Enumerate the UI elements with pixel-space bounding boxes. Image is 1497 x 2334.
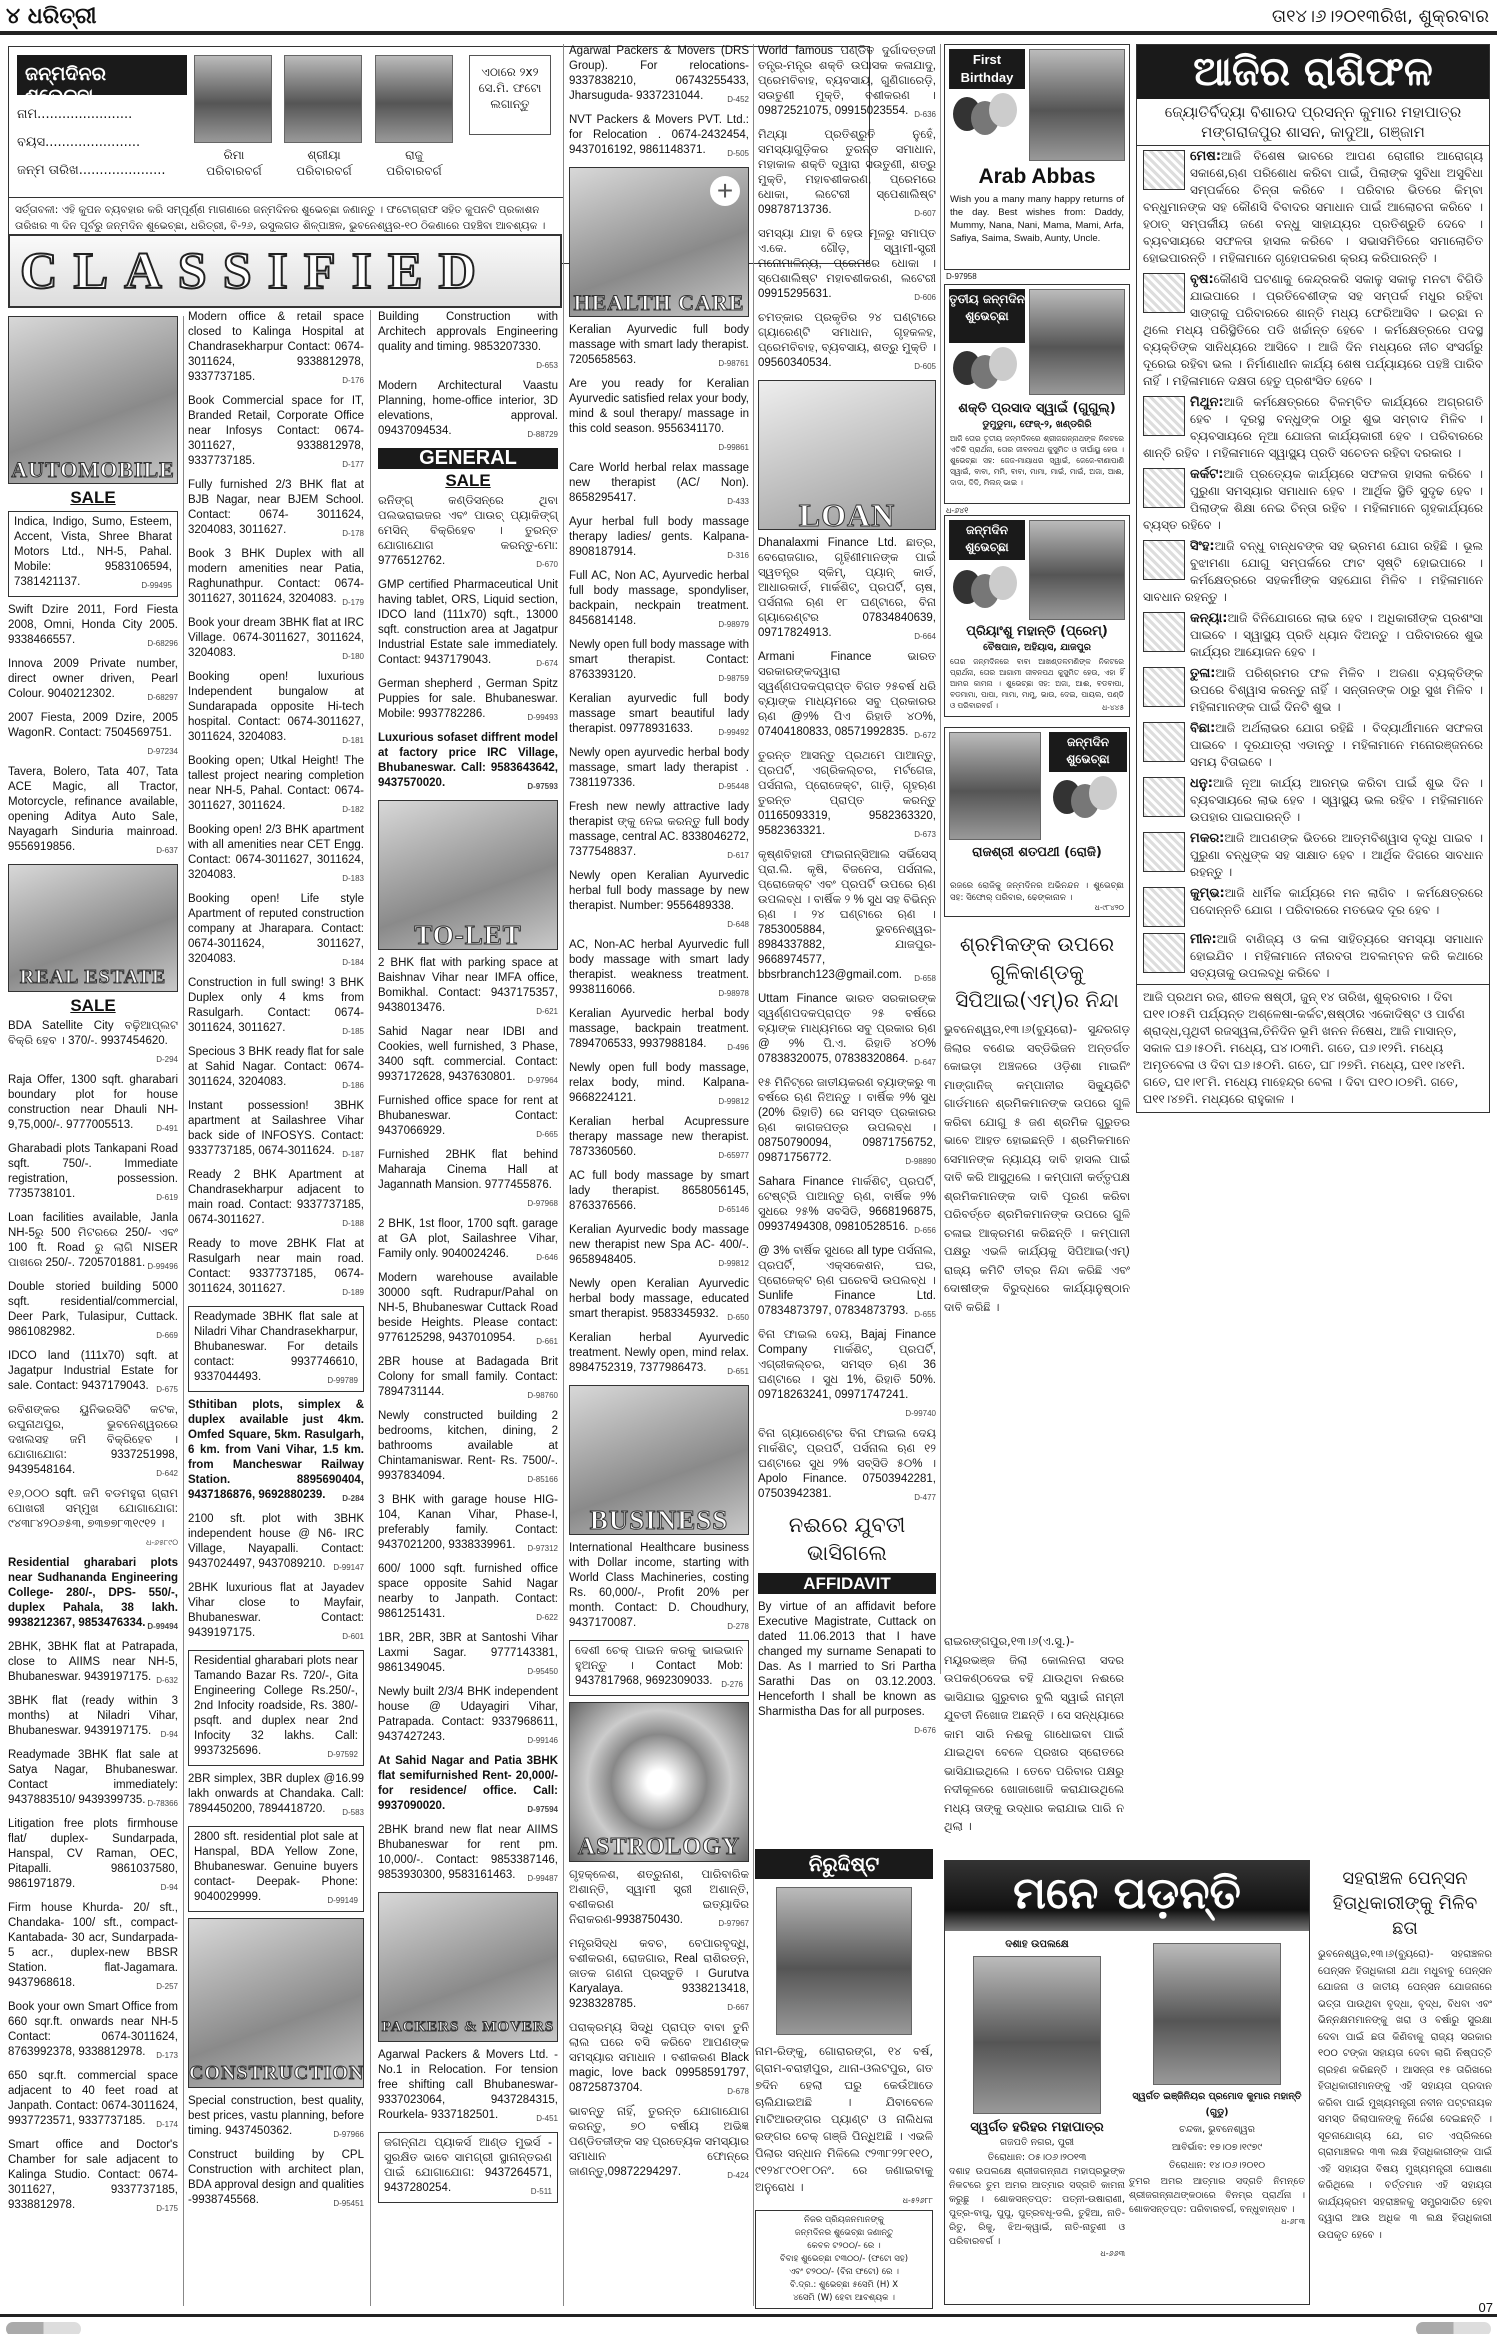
classified-ad: Keralian Ayurvedic body massage new ther…: [569, 1223, 749, 1271]
horoscope-sign: ବିଛା:ଆଜି ଅର୍ଥଲାଭର ଯୋଗ ରହିଛି । ବିଦ୍ୟାର୍ଥୀ…: [1137, 718, 1489, 773]
horoscope-sign: ଧନୁ:ଆଜି ନୂଆ କାର୍ଯ୍ୟ ଆରମ୍ଭ କରିବା ପାଇଁ ଶୁଭ…: [1137, 773, 1489, 828]
ad-code: D-97592: [327, 1747, 358, 1762]
ad-code: D-496: [727, 1040, 749, 1055]
ad-code: D-99487: [527, 1871, 558, 1886]
balloons-icon: [1053, 776, 1123, 836]
greeting-birthday-rajashree: ଜନ୍ମଦିନ ଶୁଭେଚ୍ଛା ରାଜଶ୍ରୀ ଶତପଥୀ (ରୋଜି) ରଜ…: [944, 727, 1130, 917]
classified-ad: Newly open Keralian Ayurvedic herbal ful…: [569, 869, 749, 932]
ad-code: D-316: [727, 548, 749, 563]
news-headline: ସହରାଞ୍ଚଳ ପେନ୍‌ସନ ହିତାଧିକାରୀଙ୍କୁ ମିଳିବ ଛତ…: [1318, 1866, 1492, 1941]
ad-code: D-505: [727, 146, 749, 161]
ad-code: D-607: [914, 206, 936, 221]
ad-code: D-674: [536, 656, 558, 671]
classified-ad: ଚମତ୍କାର ପ୍ରକୃତିର ୨୪ ଘଣ୍ଟାରେ ଗ୍ୟାରେଣ୍ଟି ସ…: [758, 311, 936, 374]
ad-code: D-99812: [718, 1094, 749, 1109]
classified-ad: Smart office and Doctor's Chamber for sa…: [8, 2138, 178, 2216]
horoscope-sign: ମିଥୁନ:ଆଜି କର୍ମକ୍ଷେତ୍ରରେ ବିଳମ୍ବିତ କାର୍ଯ୍ୟ…: [1137, 392, 1489, 464]
classified-ad: Book your own Smart Office from 660 sqr.…: [8, 2000, 178, 2063]
classified-ad: AC, Non-AC herbal Ayurvedic full body ma…: [569, 938, 749, 1001]
classified-ad: 1BR, 2BR, 3BR at Santoshi Vihar Laxmi Sa…: [378, 1631, 558, 1679]
missing-text: ନାମ-ରିଙ୍କୁ, ଗୋରାରଙ୍ଗ, ୧୪ ବର୍ଷ, ଗ୍ରାମ-ବରା…: [755, 2043, 933, 2196]
rate-line: ଏବଂ ଟ୨୦୦/- (ବିନା ଫଟୋ) ରେ ।: [759, 2266, 929, 2279]
classified-ad: Gharabadi plots Tankapani Road sqft. 750…: [8, 1142, 178, 1205]
ad-code: D-632: [156, 1673, 178, 1688]
greeting-code: ଧ-୪୪୫: [1102, 703, 1124, 713]
ad-code: D-95450: [527, 1664, 558, 1679]
classified-ad: 2BR house at Badagada Brit Colony for sm…: [378, 1355, 558, 1403]
classified-ad: Furnished office space for rent at Bhuba…: [378, 1094, 558, 1142]
ad-code: D-99149: [327, 1893, 358, 1908]
page-label: ୪ ଧରିତ୍ରୀ: [6, 4, 97, 29]
ad-code: D-667: [727, 2000, 749, 2015]
ad-code: D-181: [342, 733, 364, 748]
classified-ad: Readymade 3BHK flat sale at Niladri Viha…: [188, 1306, 364, 1392]
classified-ad: Tavera, Bolero, Tata 407, Tata ACE Magic…: [8, 765, 178, 858]
classified-ad: Modern Architectural Vaastu Planning, ho…: [378, 379, 558, 442]
affidavit-ad: By virtue of an affidavit before Executi…: [758, 1600, 936, 1738]
horoscope-title: ଆଜିର ରାଶିଫଳ: [1137, 45, 1489, 99]
classified-ad: 2800 sft. residential plot sale at Hansp…: [188, 1826, 364, 1912]
ad-code: D-174: [156, 2117, 178, 2132]
ad-code: D-650: [727, 1310, 749, 1325]
child-photo: [1029, 520, 1125, 620]
ad-code: D-183: [342, 871, 364, 886]
coupon-terms: ସର୍ତ୍ତାବଳୀ: ଏହି କୁପନ ବ୍ୟବହାର କରି ସମ୍ପୂର୍…: [9, 197, 563, 238]
ad-code: D-477: [914, 1490, 936, 1505]
zodiac-icon: [1143, 667, 1185, 707]
coupon-title: ଜନ୍ମଦିନର ଶୁଭେଚ୍ଛା: [17, 55, 187, 95]
classified-ad: 650 sqr.ft. commercial space adjacent to…: [8, 2069, 178, 2132]
classified-ad: Modern warehouse available 30000 sqft. R…: [378, 1271, 558, 1349]
missing-photo: [776, 1887, 912, 2035]
classified-ad: GMP certified Pharmaceutical Unit having…: [378, 578, 558, 671]
classified-ad: Keralian Ayurvedic full body massage wit…: [569, 323, 749, 371]
horoscope-sign: କର୍କଟ:ଆଜି ପ୍ରତ୍ୟେକ କାର୍ଯ୍ୟରେ ସଫଳତା ହାସଲ …: [1137, 464, 1489, 536]
ad-code: D-278: [727, 1619, 749, 1634]
loan-image: LOAN: [758, 380, 936, 530]
ad-code: D-97594: [527, 1802, 558, 1817]
ad-code: D-653: [536, 358, 558, 373]
obituary-right: ସ୍ୱର୍ଗତ ଇଞ୍ଜିନିୟର ପ୍ରମୋଦ କୁମାର ମହାନ୍ତି (…: [1129, 1939, 1305, 2227]
ad-code: D-99494: [147, 1619, 178, 1634]
ad-code: D-97234: [147, 744, 178, 759]
ad-code: D-98890: [905, 1154, 936, 1169]
construction-image: CONSTRUCTION: [188, 1918, 364, 2088]
ad-code: D-647: [914, 1055, 936, 1070]
column-divider: [183, 316, 184, 2306]
ad-code: D-173: [156, 2048, 178, 2063]
classified-ad: Double storied building 5000 sqft. resid…: [8, 1280, 178, 1343]
classified-ad: ବିନା ଗ୍ୟାରେଣ୍ଟର ବିନା ଫାଇଲ ଦେୟ ମାର୍କଶିଟ୍,…: [758, 1427, 936, 1505]
ad-code: D-175: [156, 2201, 178, 2216]
name-field[interactable]: ନାମ.......................: [17, 107, 132, 122]
ad-code: D-636: [914, 107, 936, 122]
classified-ad: Keralian ayurvedic full body massage sma…: [569, 692, 749, 740]
ad-code: D-99147: [333, 1560, 364, 1575]
page-header: ୪ ଧରିତ୍ରୀ ତା୧୪।୬।୨୦୧୩ରିଖ, ଶୁକ୍ରବାର: [0, 0, 1497, 40]
ad-code: D-424: [727, 2168, 749, 2183]
greeting-third-birthday: ତୃତୀୟ ଜନ୍ମଦିନ ଶୁଭେଚ୍ଛା ଶକ୍ତି ପ୍ରସାଦ ସ୍ୱା…: [944, 284, 1130, 504]
classified-ad: ୧୫ ମିନିଟ୍‌ରେ ଜାତୀୟକରଣ ବ୍ୟାଙ୍କରୁ ୩ ବର୍ଷରେ…: [758, 1076, 936, 1169]
ad-code: ଧ-୬୫୮୯୦: [146, 1535, 178, 1550]
ad-code: D-177: [342, 457, 364, 472]
zodiac-icon: [1143, 933, 1185, 973]
classified-ad: ମନ୍ତ୍ରସିଦ୍ଧ କବଚ, ବେପାରବୃଦ୍ଧି, ବଶୀକରଣ, ରୋ…: [569, 1937, 749, 2015]
zodiac-icon: [1143, 612, 1185, 652]
column-astro-loan: World famous ପଣ୍ଡିତ ଦୁର୍ଗାଦତ୍ତଜୀ ତନ୍ତ୍ର-…: [758, 44, 936, 1744]
classified-ad: ତୁରନ୍ତ ଆସନ୍ତୁ ପ୍ରଥମେ ପାଆନ୍ତୁ, ପ୍ରପର୍ଟି, …: [758, 749, 936, 842]
ad-code: D-451: [536, 2111, 558, 2126]
ad-code: D-176: [342, 373, 364, 388]
ad-code: D-97968: [527, 1196, 558, 1211]
zodiac-icon: [1143, 468, 1185, 508]
ad-code: D-294: [156, 1052, 178, 1067]
ad-code: D-664: [914, 629, 936, 644]
zodiac-icon: [1143, 540, 1185, 580]
classified-ad: Sahara Finance ମାର୍କଶିଟ୍, ପ୍ରପର୍ଟି, ଟେଷ୍…: [758, 1175, 936, 1238]
greeting-rates: ନିଜର ପ୍ରିୟଜନମାନଙ୍କୁଜନ୍ମଦିନର ଶୁଭେଚ୍ଛା ଜଣା…: [755, 2210, 933, 2309]
child-photo: [1029, 289, 1125, 395]
classified-ad: IDCO land (111x70) sqft. at Jagatpur Ind…: [8, 1349, 178, 1397]
caption-raju: ରାଜୁପରିବାରବର୍ଗ: [369, 147, 459, 179]
classified-ad: German shepherd , German Spitz Puppies f…: [378, 677, 558, 725]
ad-code: D-276: [721, 1677, 743, 1692]
classified-ad: ମିଥ୍ୟା ପ୍ରତିଶ୍ରୁତି ନୁହେଁ, ସମସ୍ୟାଗୁଡ଼ିକର …: [758, 128, 936, 221]
classified-ad: Construct building by CPL Construction w…: [188, 2148, 364, 2211]
ad-code: D-68296: [147, 636, 178, 651]
classified-ad: Newly constructed building 2 bedrooms, k…: [378, 1409, 558, 1487]
classified-ad: Construction in full swing! 3 BHK Duplex…: [188, 976, 364, 1039]
classified-ad: ଗୃହକ୍ଳେଶ, ଶତ୍ରୁନାଶ, ପାରିବାରିକ ଅଶାନ୍ତି, ସ…: [569, 1868, 749, 1931]
ad-code: D-284: [342, 1491, 364, 1506]
ad-code: D-99740: [905, 1406, 936, 1421]
classified-ad: 2BHK, 3BHK flat at Patrapada, close to A…: [8, 1640, 178, 1688]
classified-ad: ବିନା ଫାଇଲ ଦେୟ, Bajaj Finance Company ମାର…: [758, 1328, 936, 1421]
classified-ad: Building Construction with Architech app…: [378, 310, 558, 373]
ad-code: D-621: [536, 1004, 558, 1019]
zodiac-icon: [1143, 887, 1185, 927]
ad-code: D-189: [342, 1285, 364, 1300]
column-realestate-2: Modern office & retail space closed to K…: [188, 310, 364, 2217]
ad-code: D-88729: [527, 427, 558, 442]
classified-ad: 3BHK flat (ready within 3 months) at Nil…: [8, 1694, 178, 1742]
column-divider: [563, 44, 564, 2306]
classified-ad: Luxurious sofaset diffrent model at fact…: [378, 731, 558, 794]
classified-ad: Book 3 BHK Duplex with all modern amenit…: [188, 547, 364, 610]
ad-code: D-622: [536, 1610, 558, 1625]
ad-code: D-257: [156, 1979, 178, 1994]
classified-ad: Newly open ayurvedic herbal body massage…: [569, 746, 749, 794]
rate-line: ବି.ଦ୍ର.: ଶୁଭେଚ୍ଛା ୫ସେମି (H) X: [759, 2279, 929, 2292]
classified-ad: Sthitiban plots, simplex & duplex availa…: [188, 1398, 364, 1506]
news-article-drowning: ରାଇରଙ୍ଗପୁର,୧୩।୬(ଏ.ସୁ.)-ମୟୂରଭଞ୍ଜ ଜିଲା କୋଲ…: [944, 1632, 1124, 1836]
caption-shriya: ଶ୍ରୀୟାପରିବାରବର୍ଗ: [279, 147, 369, 179]
classified-ad: Modern office & retail space closed to K…: [188, 310, 364, 388]
classified-ad: Raja Offer, 1300 sqft. gharabari boundar…: [8, 1073, 178, 1136]
classified-ad: ଜଗନ୍ନାଥ ପ୍ୟାକର୍ସ ଆଣ୍ଡ ମୁଭର୍ସ - ସୁରକ୍ଷିତ …: [378, 2132, 558, 2203]
classified-ad: Firm house Khurda- 20/ sft., Chandaka- 1…: [8, 1901, 178, 1994]
ad-code: D-95448: [718, 779, 749, 794]
ad-code: D-672: [914, 728, 936, 743]
classified-ad: Indica, Indigo, Sumo, Esteem, Accent, Vi…: [8, 511, 178, 597]
ad-code: D-99789: [327, 1373, 358, 1388]
photo-rima: [194, 55, 272, 143]
tolet-image: TO-LET: [378, 800, 558, 950]
ad-code: D-606: [914, 290, 936, 305]
classified-ad: Dhanalaxmi Finance Ltd. ଛାତ୍ର, ବେରୋଜଗାର,…: [758, 536, 936, 644]
ad-code: D-99146: [527, 1733, 558, 1748]
classified-ad: Residential gharabari plots near Sudhana…: [8, 1556, 178, 1634]
column-health-business-astro: Agarwal Packers & Movers (DRS Group). Fo…: [569, 44, 749, 2189]
rate-line: ୪ସେମି (W) ହେବା ଆବଶ୍ୟକ ।: [759, 2292, 929, 2305]
ad-code: D-491: [156, 1121, 178, 1136]
photo-raju: [375, 55, 453, 143]
obituary-left: ଦଶାହ ଉପଲକ୍ଷେ ସ୍ୱର୍ଗତ ହରିହର ମହାପାତ୍ର ଗଜପତ…: [949, 1939, 1125, 2259]
column-general-tolet: Building Construction with Architech app…: [378, 310, 558, 2209]
ad-code: D-188: [342, 1216, 364, 1231]
ad-code: D-98978: [718, 986, 749, 1001]
ad-code: D-98759: [718, 671, 749, 686]
ad-code: D-179: [342, 595, 364, 610]
classified-ad: Specious 3 BHK ready flat for sale at Sa…: [188, 1045, 364, 1093]
column-divider: [370, 310, 371, 2306]
photo-shriya: [284, 55, 362, 143]
classified-ad: Full AC, Non AC, Ayurvedic herbal full b…: [569, 569, 749, 632]
classified-ad: Loan facilities available, Janla NH-5ରୁ …: [8, 1211, 178, 1274]
classified-ad: 3 BHK with garage house HIG-104, Kanan V…: [378, 1493, 558, 1556]
obituary-banner: ମନେ ପଡ଼ନ୍ତି: [945, 1861, 1309, 1931]
ad-code: D-187: [342, 1147, 364, 1162]
horoscope-sign: ମୀନ:ଆଜି ବାଣିଜ୍ୟ ଓ କଳା ସାହିତ୍ୟରେ ସମସ୍ୟା ସ…: [1137, 929, 1489, 984]
ad-code: D-98760: [527, 1388, 558, 1403]
classified-ad: Armani Finance ଭାରତ ସରକାରଙ୍କଦ୍ୱାରା ସ୍ୱର୍…: [758, 650, 936, 743]
obituary-photo-right: [1153, 1943, 1281, 2085]
classified-ad: ସମସ୍ୟା ଯାହା ବି ହେଉ ମୂଳରୁ ସମାପ୍ତ ଏ.କେ. ଗୌ…: [758, 227, 936, 305]
news-body: ଭୁବନେଶ୍ୱର,୧୩।୬(ବ୍ୟୁରୋ)- ସହରାଞ୍ଚଳର ପେନ୍‌ସ…: [1318, 1947, 1492, 2244]
person-photo: [949, 732, 1041, 840]
page-date: ତା୧୪।୬।୨୦୧୩ରିଖ, ଶୁକ୍ରବାର: [1272, 6, 1489, 27]
ad-code: D-658: [914, 971, 936, 986]
classified-ad: Booking open! Life style Apartment of re…: [188, 892, 364, 970]
rate-line: ନିଜର ପ୍ରିୟଜନମାନଙ୍କୁ: [759, 2214, 929, 2227]
ad-code: D-180: [342, 649, 364, 664]
ad-code: D-178: [342, 526, 364, 541]
classified-ad: Residential gharabari plots near Tamando…: [188, 1650, 364, 1766]
classified-ad: 2 BHK, 1st floor, 1700 sqft. garage at G…: [378, 1217, 558, 1265]
ad-code: D-601: [342, 1629, 364, 1644]
ad-code: D-669: [156, 1328, 178, 1343]
ad-code: D-99861: [718, 440, 749, 455]
classified-ad: Ready to move 2BHK Flat at Rasulgarh nea…: [188, 1237, 364, 1300]
classified-ad: International Healthcare business with D…: [569, 1541, 749, 1634]
classified-ad: Care World herbal relax massage new ther…: [569, 461, 749, 509]
ad-code: D-99493: [527, 710, 558, 725]
horoscope-sign: ତୁଳା:ଆଜି ପରିଶ୍ରମର ଫଳ ମିଳିବ । ଅଜଣା ବ୍ୟକ୍ତ…: [1137, 663, 1489, 718]
ad-code: D-675: [156, 1382, 178, 1397]
classified-banner: CLASSIFIED: [8, 234, 562, 308]
ad-code: D-98979: [718, 617, 749, 632]
ad-code: D-661: [536, 1334, 558, 1349]
classified-ad: Booking open! 2/3 BHK apartment with all…: [188, 823, 364, 886]
ad-code: D-182: [342, 802, 364, 817]
ad-code: D-648: [727, 917, 749, 932]
greeting-code: ଧ-୯୮୪୨୦: [1095, 903, 1124, 913]
missing-title: ନିରୁଦ୍ଦିଷ୍ଟ: [755, 1849, 933, 1879]
greeting-first-birthday: First Birthday Arab Abbas Wish you a man…: [944, 44, 1130, 270]
horoscope-sign: ମକର:ଆଜି ଆପଣଙ୍କ ଭିତରେ ଆତ୍ମବିଶ୍ୱାସ ବୃଦ୍ଧି …: [1137, 828, 1489, 883]
zodiac-icon: [1143, 722, 1185, 762]
classified-ad: World famous ପଣ୍ଡିତ ଦୁର୍ଗାଦତ୍ତଜୀ ତନ୍ତ୍ର-…: [758, 44, 936, 122]
column-divider: [753, 44, 754, 2306]
news-body: ରାଇରଙ୍ଗପୁର,୧୩।୬(ଏ.ସୁ.)-ମୟୂରଭଞ୍ଜ ଜିଲା କୋଲ…: [944, 1632, 1124, 1836]
header-rule: [0, 31, 1497, 35]
ad-code: D-670: [536, 557, 558, 572]
ad-code: D-656: [914, 1223, 936, 1238]
classified-ad: Innova 2009 Private number, direct owner…: [8, 657, 178, 705]
business-image: BUSINESS: [569, 1385, 749, 1535]
ad-code: D-646: [536, 1250, 558, 1265]
almanac: ଆଜି ପ୍ରଥମ ରଜ, ଶୀତଳ ଷଷ୍ଠୀ, ଜୁନ୍ ୧୪ ତାରିଖ,…: [1137, 984, 1489, 1112]
page-tab-left: [6, 2322, 81, 2334]
obituary-panel: ମନେ ପଡ଼ନ୍ତି ଦଶାହ ଉପଲକ୍ଷେ ସ୍ୱର୍ଗତ ହରିହର ମ…: [944, 1860, 1310, 2305]
horoscope-panel: ଆଜିର ରାଶିଫଳ ଜ୍ୟୋତିର୍ବିଦ୍ୟା ବିଶାରଦ ପ୍ରସନ୍…: [1136, 44, 1490, 1113]
ad-code: D-65146: [718, 1202, 749, 1217]
classified-ad: ପରାକ୍ରମ୍ୟ ସିଦ୍ଧି ପ୍ରାପ୍ତ ବାବା ତୁନି ଲାଲ ଘ…: [569, 2021, 749, 2099]
page-tab-right: [1416, 2322, 1491, 2334]
ad-code: D-651: [727, 1364, 749, 1379]
ad-code: D-673: [914, 827, 936, 842]
sale-heading: SALE: [8, 490, 178, 505]
caption-rima: ରିମାପରିବାରବର୍ଗ: [189, 147, 279, 179]
sale-heading-3: SALE: [378, 473, 558, 488]
classified-ad: ଭାବନ୍ତୁ ନାହିଁ, ତୁରନ୍ତ ଯୋଗାଯୋଗ କରନ୍ତୁ, ୭୦…: [569, 2105, 749, 2183]
classified-ad: Agarwal Packers & Movers (DRS Group). Fo…: [569, 44, 749, 107]
sale-heading-2: SALE: [8, 998, 178, 1013]
ad-code: D-186: [342, 1078, 364, 1093]
horoscope-sign: ବୃଷ:କୌଣସି ଘଟଣାକୁ କେନ୍ଦ୍ରକରି ସକାଳୁ ସକାଳୁ …: [1137, 269, 1489, 392]
classified-ad: Litigation free plots firmhouse flat/ du…: [8, 1817, 178, 1895]
ad-code: D-85166: [527, 1472, 558, 1487]
dob-field[interactable]: ଜନ୍ମ ତାରିଖ.....................: [17, 163, 166, 178]
classified-ad: Newly open full body massage with smart …: [569, 638, 749, 686]
greeting-birthday-priyanshu: ଜନ୍ମଦିନ ଶୁଭେଚ୍ଛା ପ୍ରିୟାଂଶୁ ମହାନ୍ତି (ପ୍ରେ…: [944, 515, 1130, 717]
classified-ad: Keralian Ayurvedic herbal body massage, …: [569, 1007, 749, 1055]
missing-code: ଧ-୫୨୬୮୮: [755, 2196, 933, 2206]
classified-ad: ଦେଶୀ ଚେକ୍ ପାଇନ କରକୁ ଭାଇଭାନ ହୁଅନ୍ତୁ । Con…: [569, 1640, 749, 1696]
ad-code: D-184: [342, 955, 364, 970]
zodiac-icon: [1143, 273, 1185, 313]
ad-code: D-78366: [147, 1796, 178, 1811]
classified-ad: 2BHK brand new flat near AIIMS Bhubanesw…: [378, 1823, 558, 1886]
ad-code: D-637: [156, 843, 178, 858]
ad-code: D-99496: [147, 1259, 178, 1274]
classified-ad: @ 3% ବାର୍ଷିକ ସୁଧରେ all type ପର୍ସନାଲ, ପ୍ର…: [758, 1244, 936, 1322]
horoscope-sign: କୁମ୍ଭ:ଆଜି ଧାର୍ମିକ କାର୍ଯ୍ୟରେ ମନ ଲାଗିବ । କ…: [1137, 883, 1489, 929]
ad-code: D-452: [727, 92, 749, 107]
ad-code: D-583: [342, 1805, 364, 1820]
news-headline-drowning: ନଈରେ ଯୁବତୀ ଭାସିଗଲେ: [758, 1511, 936, 1567]
news-body: ଭୁବନେଶ୍ୱର,୧୩।୬(ବ୍ୟୁରୋ)- ସୁନ୍ଦରଗଡ଼ ଜିଲାର …: [944, 1020, 1130, 1316]
ad-code: D-98761: [718, 356, 749, 371]
rate-line: ଜନ୍ମଦିନର ଶୁଭେଚ୍ଛା ଜଣାନ୍ତୁ: [759, 2227, 929, 2240]
ad-code: D-678: [727, 2084, 749, 2099]
horoscope-sign: ସିଂହ:ଆଜି ବନ୍ଧୁ ବାନ୍ଧବଙ୍କ ସହ ଭ୍ରମଣ ଯୋଗ ରହ…: [1137, 536, 1489, 608]
classified-ad: Sahid Nagar near IDBI and Cookies, well …: [378, 1025, 558, 1088]
ad-code: D-619: [156, 1190, 178, 1205]
news-article-cpim: ଶ୍ରମିକଙ୍କ ଉପରେ ଗୁଳିକାଣ୍ଡକୁ ସିପିଆଇ(ଏମ୍)ର …: [944, 930, 1130, 1316]
greeting-code: D-97958: [946, 272, 977, 281]
classified-ad: Ready 2 BHK Apartment at Chandrasekharpu…: [188, 1168, 364, 1231]
classified-ad: 2 BHK flat with parking space at Baishna…: [378, 956, 558, 1019]
obituary-photo-left: [973, 1956, 1101, 2114]
classified-ad: କୃଷ୍ଣବିହାରୀ ଫାଇନାନ୍ସିଆଲ ସର୍ଭିସେସ୍ ପ୍ରା.ଲ…: [758, 848, 936, 986]
news-article-umbrella: ସହରାଞ୍ଚଳ ପେନ୍‌ସନ ହିତାଧିକାରୀଙ୍କୁ ମିଳିବ ଛତ…: [1318, 1866, 1492, 2244]
ad-code: D-95451: [333, 2196, 364, 2211]
zodiac-icon: [1143, 396, 1185, 436]
ad-code: D-68297: [147, 690, 178, 705]
ad-code: D-97593: [527, 779, 558, 794]
ad-code: D-97312: [527, 1541, 558, 1556]
classified-ad: Are you ready for Keralian Ayurvedic sat…: [569, 377, 749, 455]
rate-line: କେବଳ ଟ୨୦୦/- ରେ ।: [759, 2240, 929, 2253]
classified-ad: ୧୬,୦୦୦ sqft. ଜମି ବଡମହୁରା ଗ୍ରାମ ପୋଖରୀ ସମ୍…: [8, 1487, 178, 1550]
zodiac-icon: [1143, 832, 1185, 872]
classified-ad: 600/ 1000 sqft. furnished office space o…: [378, 1562, 558, 1625]
health-care-image: + HEALTH CARE: [569, 167, 749, 317]
plus-icon: +: [710, 176, 740, 206]
ad-code: D-665: [536, 1127, 558, 1142]
ad-code: D-99492: [718, 725, 749, 740]
ad-code: D-65977: [718, 1148, 749, 1163]
horoscope-sign: ମେଷ:ଆଜି ବିଶେଷ ଭାବରେ ଆପଣ ରୋଗୀର ଆରୋଗ୍ୟ ସକା…: [1137, 146, 1489, 269]
classified-ad: Keralian herbal Ayurvedic treatment. New…: [569, 1331, 749, 1379]
ad-code: D-655: [914, 1307, 936, 1322]
horoscope-sign: କନ୍ୟା:ଆଜି ବିନିଯୋଗରେ ଲାଭ ହେବ । ଅଧିକାରୀଙ୍କ…: [1137, 608, 1489, 663]
zodiac-icon: [1143, 777, 1185, 817]
real-estate-image: REAL ESTATE: [8, 864, 178, 992]
child-photo: [1029, 49, 1125, 161]
ad-code: D-94: [161, 1727, 178, 1742]
classified-ad: Readymade 3BHK flat sale at Satya Nagar,…: [8, 1748, 178, 1811]
classified-ad: Book Commercial space for IT, Branded Re…: [188, 394, 364, 472]
balloons-icon: [953, 566, 1023, 626]
ad-code: D-617: [727, 848, 749, 863]
missing-person: ନିରୁଦ୍ଦିଷ୍ଟ ନାମ-ରିଙ୍କୁ, ଗୋରାରଙ୍ଗ, ୧୪ ବର୍…: [755, 1845, 933, 2309]
column-divider: [940, 44, 941, 1674]
classified-ad: Ayur herbal full body massage therapy la…: [569, 515, 749, 563]
classified-ad: Newly open full body massage, relax body…: [569, 1061, 749, 1109]
rate-line: ବିବାହ ଶୁଭେଚ୍ଛା ଟ୩୦୦/- (ଫଟୋ ସହ): [759, 2253, 929, 2266]
classified-ad: AC full body massage by smart lady thera…: [569, 1169, 749, 1217]
ad-code: D-605: [914, 359, 936, 374]
column-automobile-realestate: AUTOMOBILE SALE Indica, Indigo, Sumo, Es…: [8, 316, 178, 2222]
classified-ad: Fully furnished 2/3 BHK flat at BJB Naga…: [188, 478, 364, 541]
classified-ad: Swift Dzire 2011, Ford Fiesta 2008, Omni…: [8, 603, 178, 651]
classified-ad: 2BHK luxurious flat at Jayadev Vihar clo…: [188, 1581, 364, 1644]
classified-ad: 2007 Fiesta, 2009 Dzire, 2005 WagonR. Co…: [8, 711, 178, 759]
age-field[interactable]: ବୟସ.......................: [17, 135, 140, 150]
horoscope-author: ଜ୍ୟୋତିର୍ବିଦ୍ୟା ବିଶାରଦ ପ୍ରସନ୍ନ କୁମାର ମହାପ…: [1137, 99, 1489, 146]
ad-code: D-511: [531, 2184, 552, 2199]
classified-ad: ରନିଙ୍ଗ୍ କଣ୍ଡିସନ୍‌ରେ ଥିବା ପଲଭରାଇଜର ଏବଂ ପା…: [378, 494, 558, 572]
classified-ad: Book your dream 3BHK flat at IRC Village…: [188, 616, 364, 664]
footer-rule: [0, 2314, 1497, 2317]
ad-code: D-433: [727, 494, 749, 509]
ad-code: D-99812: [718, 1256, 749, 1271]
affidavit-bar: AFFIDAVIT: [758, 1573, 936, 1594]
classified-ad: At Sahid Nagar and Patia 3BHK flat semif…: [378, 1754, 558, 1817]
ad-code: D-97967: [718, 1916, 749, 1931]
